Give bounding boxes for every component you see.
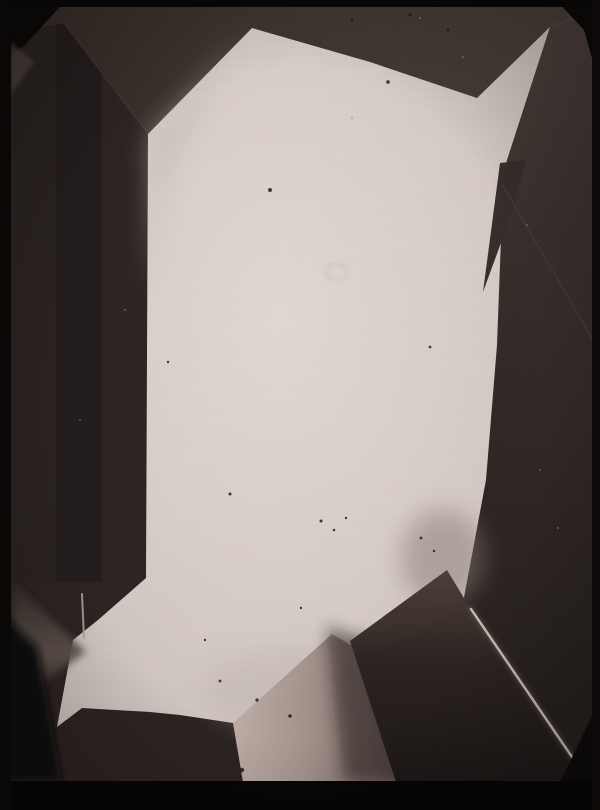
vignette (0, 0, 600, 810)
abstract-collage-photo (0, 0, 600, 810)
photo-figure (0, 0, 600, 810)
